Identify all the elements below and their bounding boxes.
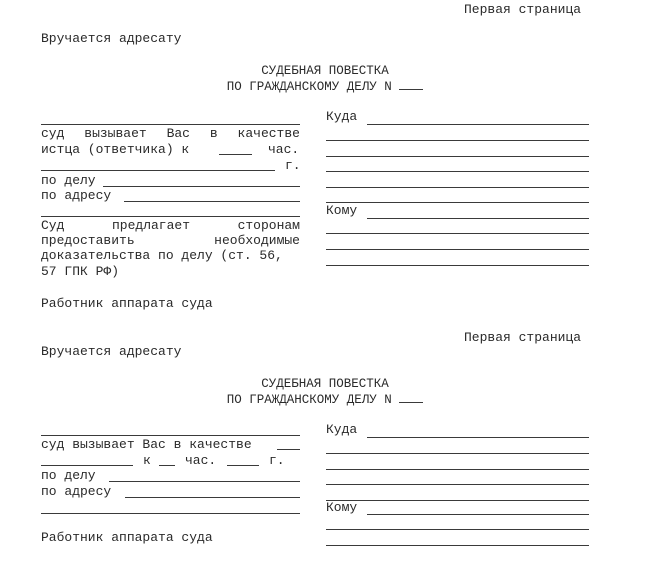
provide-line: предоставить необходимые [41,233,300,249]
whom-field[interactable] [367,514,589,515]
address-field-cont[interactable] [41,216,300,217]
where-field[interactable] [367,124,589,125]
case-number-label: ПО ГРАЖДАНСКОМУ ДЕЛУ N [227,393,392,407]
word: предлагает [112,218,190,234]
form-subtitle: ПО ГРАЖДАНСКОМУ ДЕЛУ N [0,391,650,408]
where-field-line[interactable] [326,187,589,188]
word: вызывает [84,126,146,142]
court-name-field[interactable] [41,124,300,125]
delivered-to-label: Вручается адресату [41,344,181,360]
whom-field[interactable] [367,218,589,219]
form-title: СУДЕБНАЯ ПОВЕСТКА [0,63,650,79]
word: суд [41,126,64,142]
page-label: Первая страница [464,2,581,18]
whom-label: Кому [326,500,357,516]
address-label: по адресу [41,188,111,204]
word: качестве [238,126,300,142]
where-field-line[interactable] [326,156,589,157]
where-label: Куда [326,422,357,438]
where-field[interactable] [367,437,589,438]
where-field-line[interactable] [326,469,589,470]
court-proposes-line: Суд предлагает сторонам [41,218,300,234]
address-field-cont[interactable] [41,513,300,514]
at-label: к [143,453,151,469]
hour-label: час. [185,453,216,469]
word: Суд [41,218,64,234]
hour-field[interactable] [219,154,252,155]
year-suffix: г. [269,453,285,469]
summons-line-2: истца (ответчика) к [41,142,189,158]
where-label: Куда [326,109,357,125]
where-field-line[interactable] [326,140,589,141]
court-staff-label: Работник аппарата суда [41,296,213,312]
case-label: по делу [41,173,96,189]
summons-line-1: суд вызывает Вас в качестве [41,437,252,453]
whom-field-line[interactable] [326,249,589,250]
case-field[interactable] [103,186,300,187]
form-subtitle: ПО ГРАЖДАНСКОМУ ДЕЛУ N [0,78,650,95]
whom-field-line[interactable] [326,529,589,530]
case-number-field[interactable] [399,78,423,90]
word: необходимые [214,233,300,249]
word: предоставить [41,233,135,249]
court-name-field[interactable] [41,435,300,436]
summons-line-1: суд вызывает Вас в качестве [41,126,300,142]
case-field[interactable] [109,481,300,482]
word: Вас [167,126,190,142]
year-suffix: г. [285,158,301,174]
form-title: СУДЕБНАЯ ПОВЕСТКА [0,376,650,392]
where-field-line[interactable] [326,500,589,501]
where-field-line[interactable] [326,453,589,454]
whom-field-line[interactable] [326,265,589,266]
whom-label: Кому [326,203,357,219]
whom-field-line[interactable] [326,545,589,546]
date-field[interactable] [227,465,259,466]
where-field-line[interactable] [326,171,589,172]
where-field-line[interactable] [326,202,589,203]
case-number-field[interactable] [399,391,423,403]
address-field[interactable] [124,201,300,202]
page-label: Первая страница [464,330,581,346]
role-field[interactable] [277,449,300,450]
date-field[interactable] [41,170,275,171]
hour-field[interactable] [159,465,175,466]
court-staff-label: Работник аппарата суда [41,530,213,546]
address-label: по адресу [41,484,111,500]
delivered-to-label: Вручается адресату [41,31,181,47]
evidence-line: доказательства по делу (ст. 56, [41,248,283,264]
role-field-cont[interactable] [41,465,133,466]
case-label: по делу [41,468,96,484]
whom-field-line[interactable] [326,233,589,234]
hour-label: час. [268,142,299,158]
law-reference: 57 ГПК РФ) [41,264,119,280]
word: в [210,126,218,142]
word: сторонам [238,218,300,234]
address-field[interactable] [125,497,300,498]
where-field-line[interactable] [326,484,589,485]
case-number-label: ПО ГРАЖДАНСКОМУ ДЕЛУ N [227,80,392,94]
